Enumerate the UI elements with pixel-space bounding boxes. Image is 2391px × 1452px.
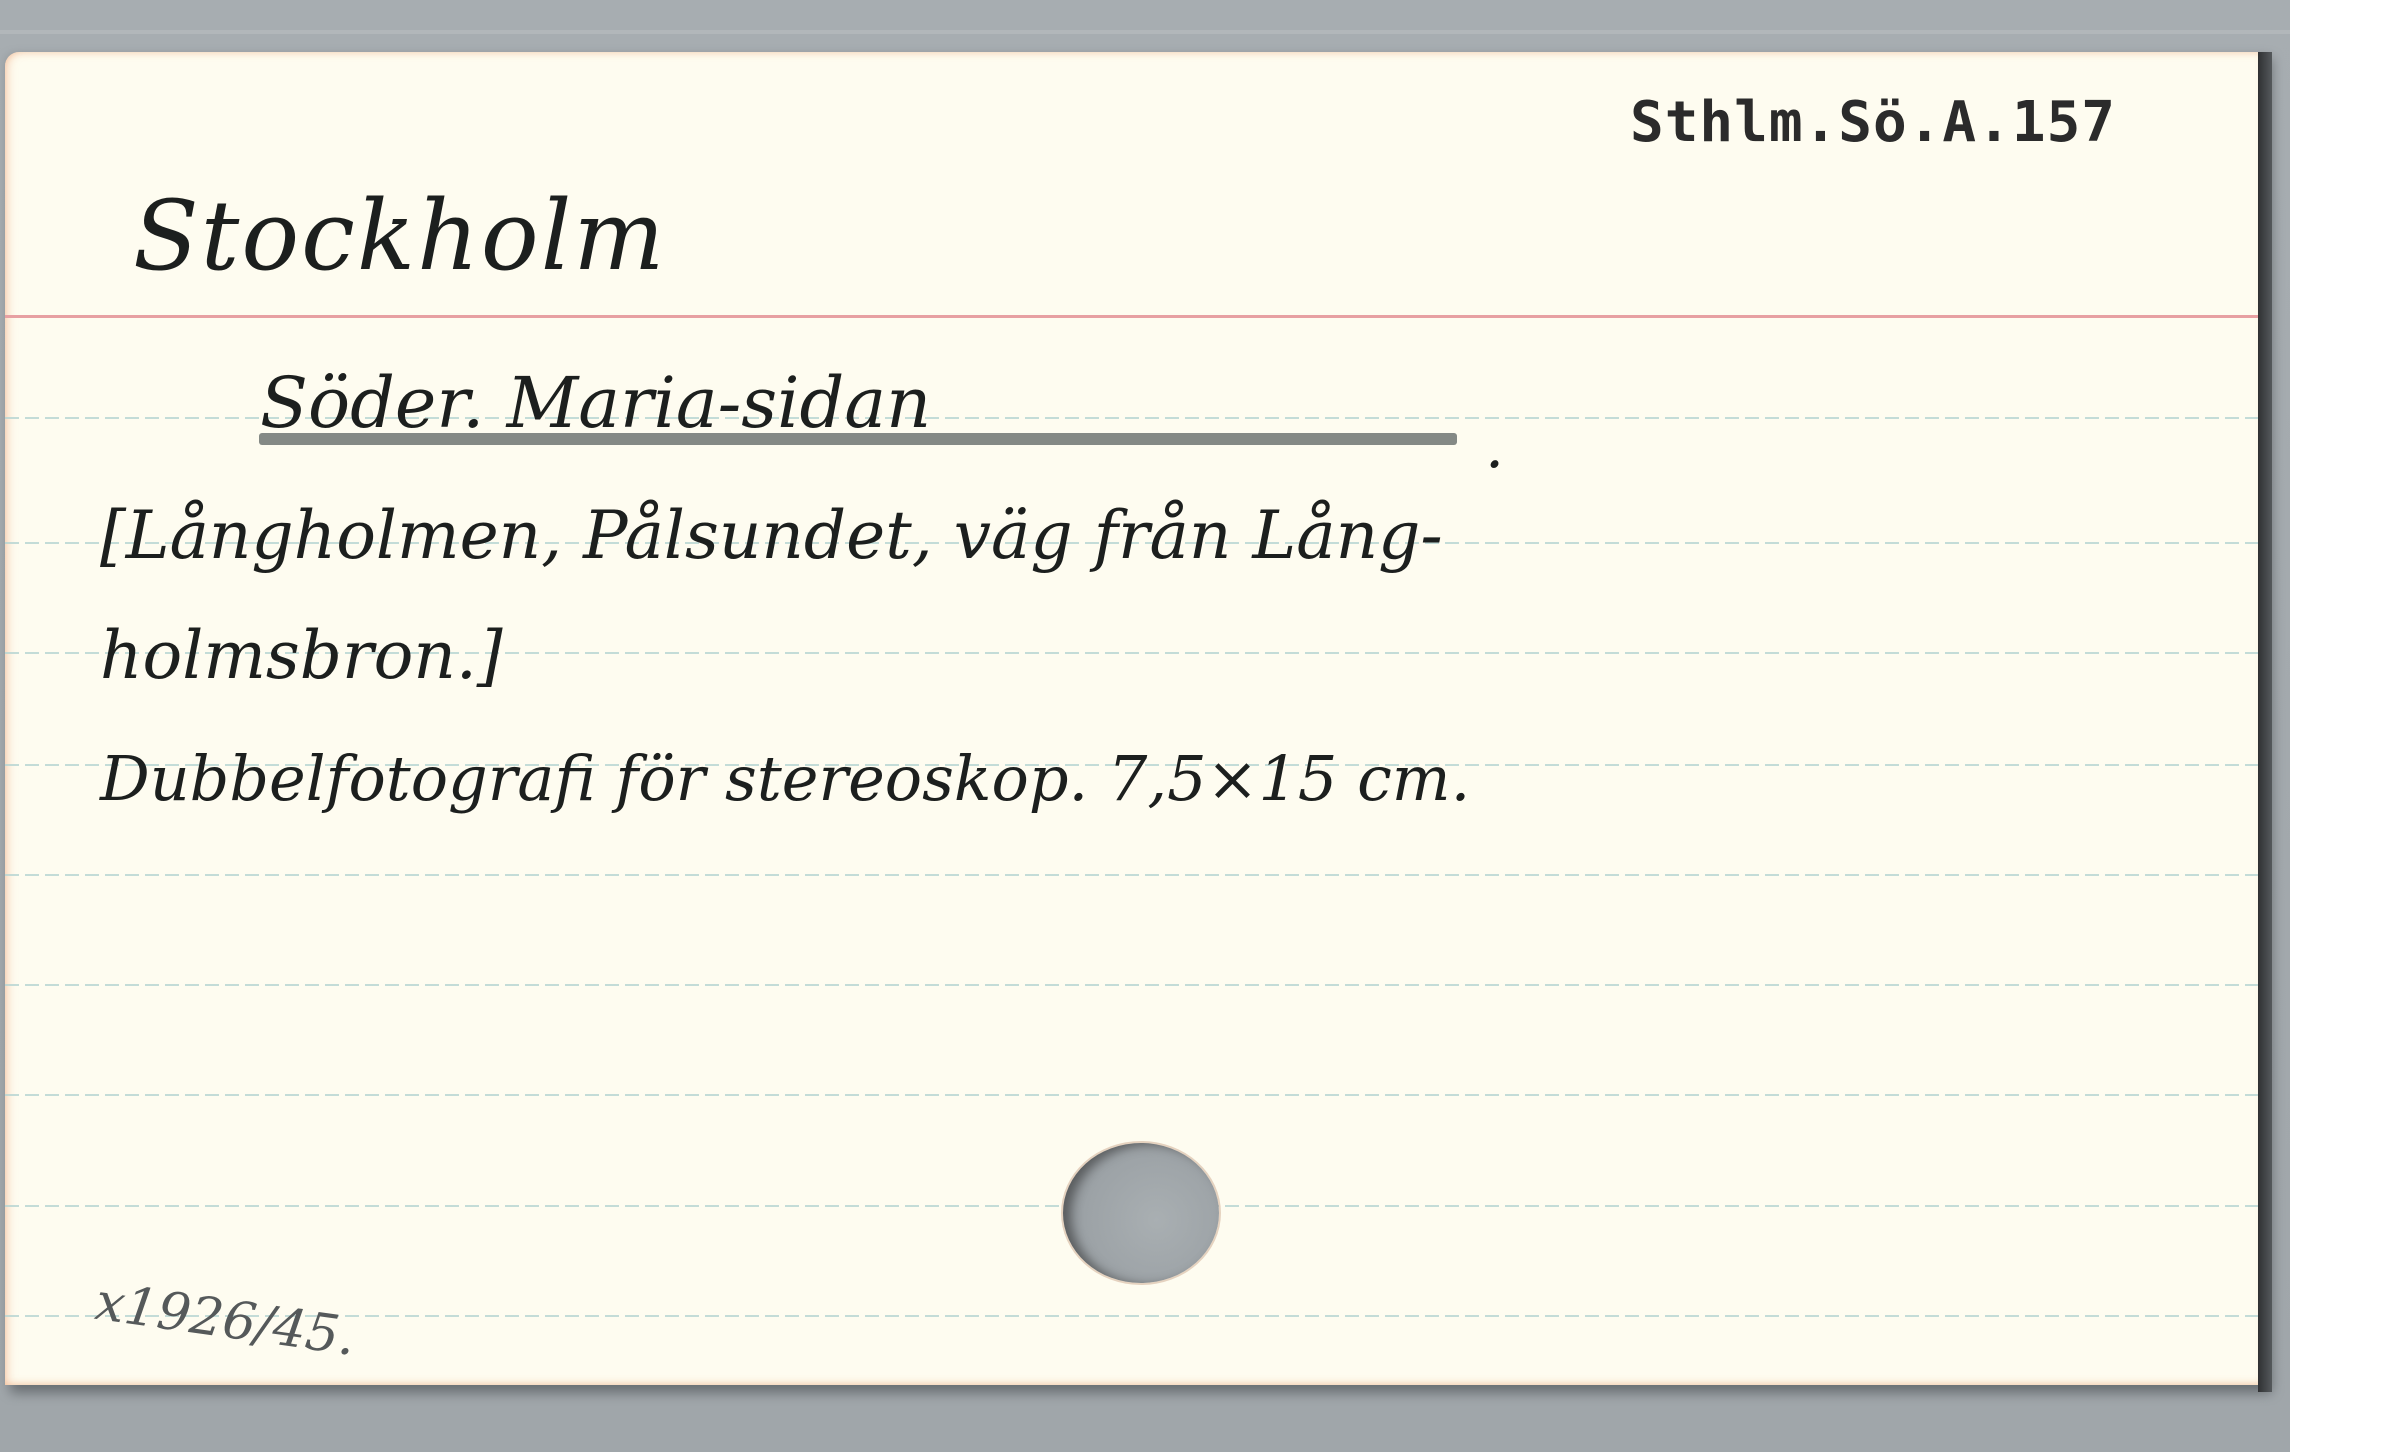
- subheading-period: .: [1485, 412, 1504, 482]
- card-subheading: Söder. Maria-sidan: [260, 362, 931, 444]
- punch-hole: [1063, 1143, 1219, 1283]
- scan-margin: [2290, 0, 2391, 1452]
- card-right-edge: [2258, 52, 2272, 1392]
- ruled-line: [5, 874, 2260, 876]
- reference-code: Sthlm.Sö.A.157: [1630, 90, 2116, 155]
- description-line-2: holmsbron.]: [100, 617, 503, 694]
- format-line: Dubbelfotografi för stereoskop. 7,5×15 c…: [100, 742, 1470, 815]
- description-line-1: [Långholmen, Pålsundet, väg från Lång-: [100, 497, 1443, 574]
- card-heading: Stockholm: [133, 180, 666, 292]
- subheading-underline: [259, 433, 1457, 445]
- red-header-rule: [5, 315, 2260, 318]
- accession-note: x1926/45.: [92, 1272, 360, 1368]
- scanner-band: [0, 30, 2290, 34]
- ruled-line: [5, 1094, 2260, 1096]
- ruled-line: [5, 984, 2260, 986]
